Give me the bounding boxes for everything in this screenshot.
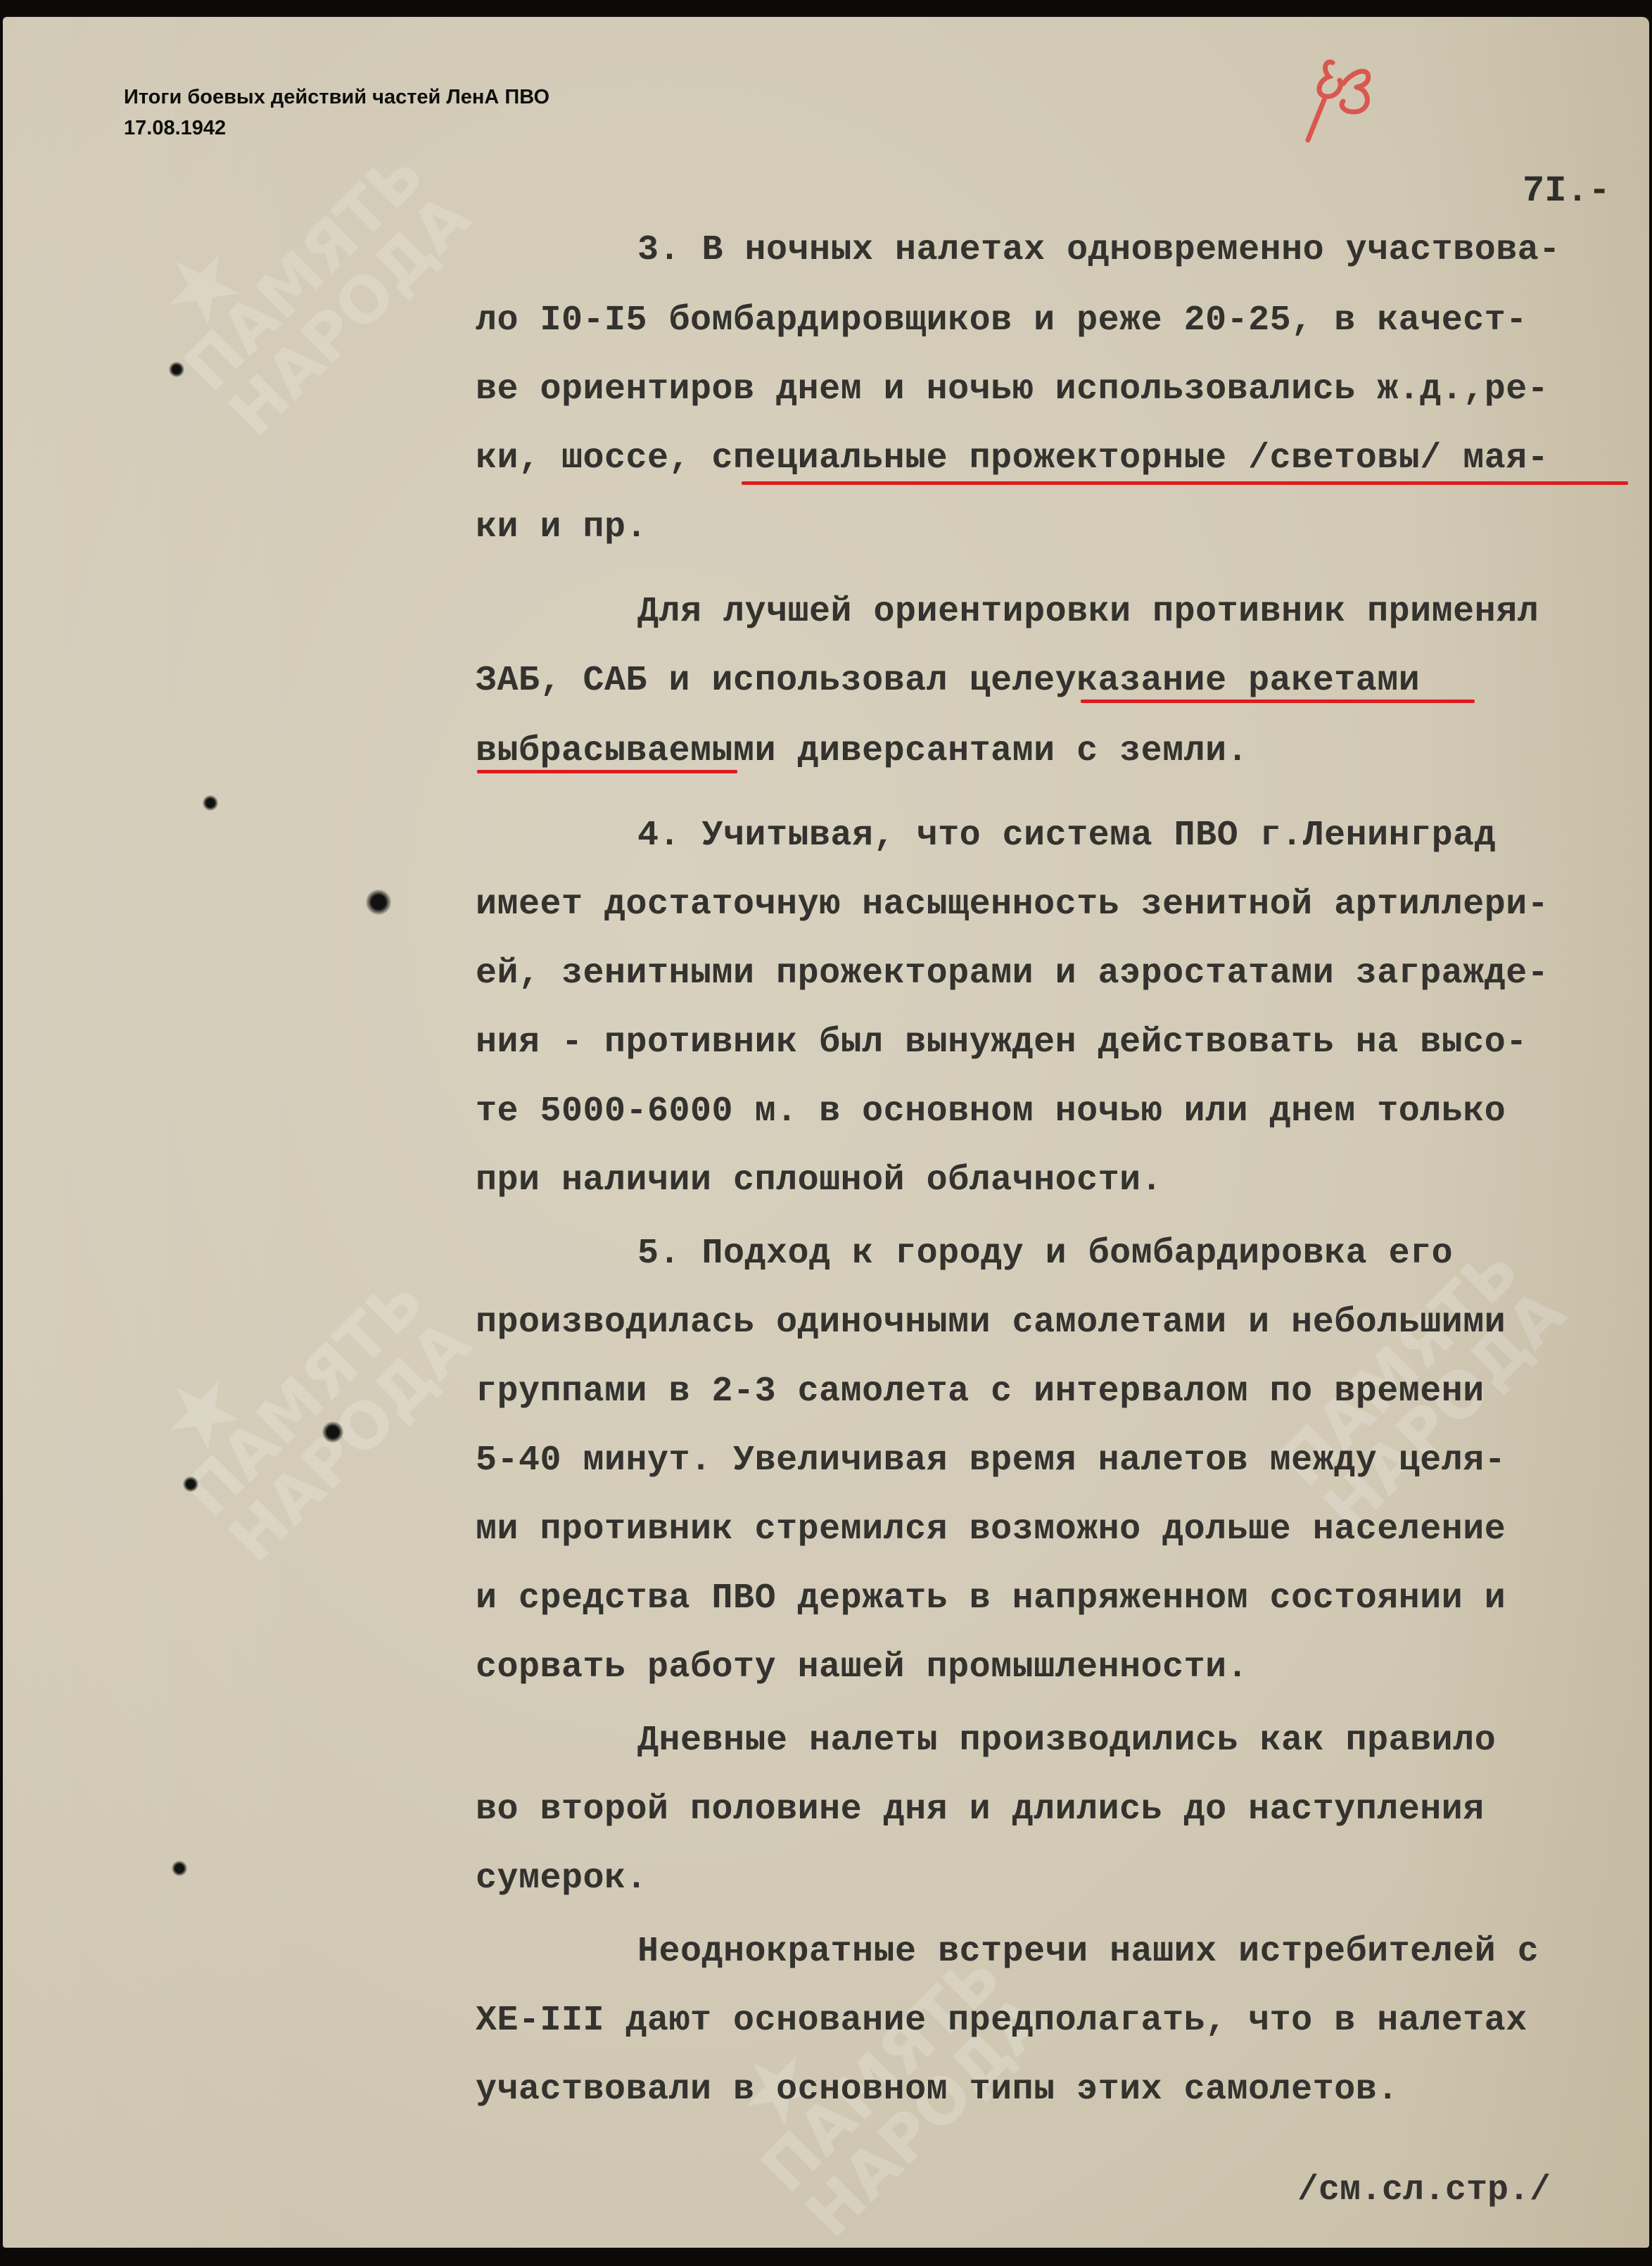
punch-hole (172, 1861, 187, 1876)
text-line: выбрасываемыми диверсантами с земли. (476, 730, 1248, 773)
text-line: 5. Подход к городу и бомбардировка его (637, 1233, 1453, 1275)
caption-date: 17.08.1942 (124, 113, 549, 144)
text-line: и средства ПВО держать в напряженном сос… (476, 1578, 1506, 1620)
red-underline (477, 770, 737, 773)
text-line: при наличии сплошной облачности. (476, 1160, 1162, 1202)
punch-hole (322, 1422, 343, 1443)
text-line: ло I0-I5 бомбардировщиков и реже 20-25, … (476, 300, 1527, 342)
caption-title: Итоги боевых действий частей ЛенА ПВО (124, 82, 549, 113)
text-line: ки и пр. (476, 507, 647, 549)
text-line: участвовали в основном типы этих самолет… (476, 2069, 1399, 2111)
text-line: Неоднократные встречи наших истребителей… (637, 1931, 1539, 1973)
text-line: те 5000-6000 м. в основном ночью или дне… (476, 1091, 1506, 1133)
text-line: ЗАБ, САБ и использовал целеуказание раке… (476, 660, 1420, 702)
text-line: ХЕ-III дают основание предполагать, что … (476, 2000, 1527, 2042)
punch-hole (366, 890, 391, 915)
watermark-top: ★ ПАМЯТЬ НАРОДА (129, 95, 481, 447)
text-line: группами в 2-3 самолета с интервалом по … (476, 1371, 1485, 1413)
text-line: ей, зенитными прожекторами и аэростатами… (476, 953, 1549, 995)
text-line: 3. В ночных налетах одновременно участво… (637, 229, 1561, 272)
red-underline (1081, 700, 1475, 703)
text-line: ния - противник был вынужден действовать… (476, 1022, 1527, 1064)
text-line: сумерок. (476, 1858, 647, 1900)
text-line: ми противник стремился возможно дольше н… (476, 1509, 1506, 1551)
text-line: ве ориентиров днем и ночью использовалис… (476, 369, 1549, 411)
text-line: 4. Учитывая, что система ПВО г.Ленинград (637, 815, 1496, 857)
document-page: ★ ПАМЯТЬ НАРОДА ★ ПАМЯТЬ НАРОДА ПАМЯТЬ Н… (3, 17, 1649, 2248)
continued-note: /см.сл.стр./ (1297, 2170, 1551, 2210)
text-line: производилась одиночными самолетами и не… (476, 1302, 1506, 1344)
text-line: Для лучшей ориентировки противник примен… (637, 591, 1539, 633)
typed-page-number: 7I.- (1523, 170, 1610, 212)
text-line: ки, шоссе, специальные прожекторные /све… (476, 438, 1549, 480)
text-line: во второй половине дня и длились до наст… (476, 1789, 1485, 1831)
text-line: сорвать работу нашей промышленности. (476, 1647, 1248, 1689)
punch-hole (183, 1476, 198, 1492)
text-line: Дневные налеты производились как правило (637, 1720, 1496, 1762)
text-line: 5-40 минут. Увеличивая время налетов меж… (476, 1440, 1506, 1482)
handwritten-page-number (1304, 56, 1382, 147)
document-caption: Итоги боевых действий частей ЛенА ПВО 17… (124, 82, 549, 144)
red-underline (742, 481, 1628, 485)
punch-hole (203, 795, 218, 811)
text-line: имеет достаточную насыщенность зенитной … (476, 884, 1549, 926)
watermark-middle: ★ ПАМЯТЬ НАРОДА (129, 1221, 481, 1573)
punch-hole (169, 362, 184, 377)
